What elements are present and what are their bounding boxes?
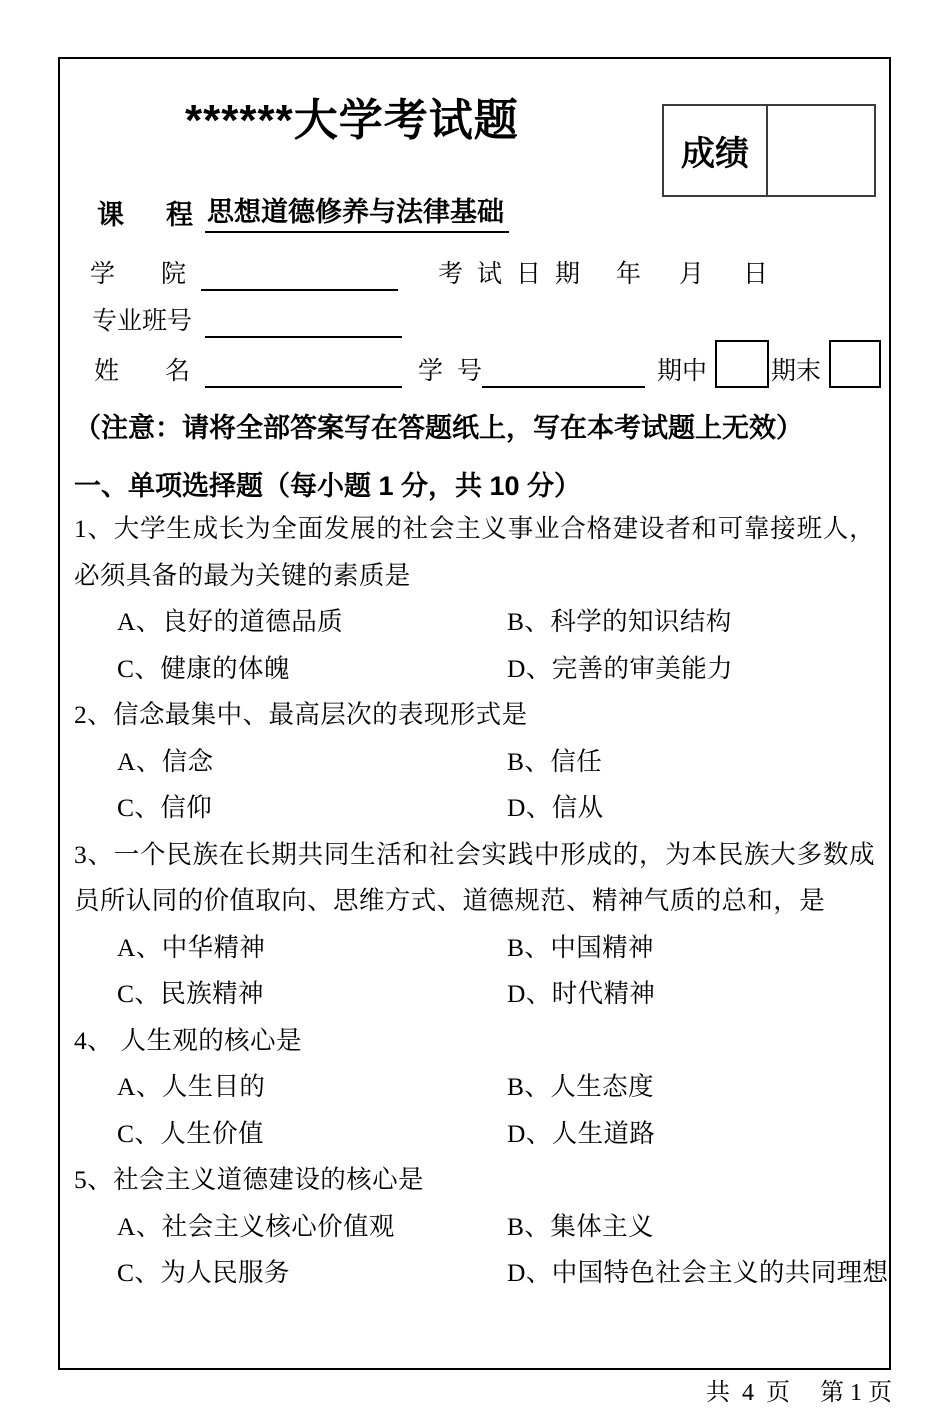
option-letter: D、 xyxy=(507,979,552,1008)
question-number: 2、 xyxy=(74,700,113,729)
options-row: A、中华精神 B、中国精神 xyxy=(74,925,875,972)
option-d: D、中国特色社会主义的共同理想 xyxy=(507,1250,888,1297)
score-box: 成绩 xyxy=(662,104,876,197)
question-text: 4、 人生观的核心是 xyxy=(74,1018,875,1065)
question-body: 社会主义道德建设的核心是 xyxy=(113,1166,424,1194)
option-letter: B、 xyxy=(507,1072,550,1101)
option-letter: D、 xyxy=(507,793,552,822)
option-a: A、信念 xyxy=(117,739,507,786)
option-text: 中华精神 xyxy=(162,934,266,962)
option-b: B、信任 xyxy=(507,739,602,786)
year-label: 年 xyxy=(616,257,641,291)
option-text: 信从 xyxy=(552,794,604,822)
section-title: 一、单项选择题（每小题 1 分，共 10 分） xyxy=(74,466,875,506)
option-text: 信仰 xyxy=(160,794,212,822)
option-letter: C、 xyxy=(117,1119,160,1148)
question-block: 4、 人生观的核心是 A、人生目的 B、人生态度 C、人生价值 D、人生道路 xyxy=(74,1018,875,1158)
college-row: 学院 考试日期 年 月 日 xyxy=(74,247,875,291)
options-row: C、为人民服务 D、中国特色社会主义的共同理想 xyxy=(74,1250,875,1297)
final-checkbox xyxy=(829,340,881,388)
question-body: 一个民族在长期共同生活和社会实践中形成的，为本民族大多数成员所认同的价值取向、思… xyxy=(74,841,875,916)
option-c: C、民族精神 xyxy=(117,971,507,1018)
question-block: 1、大学生成长为全面发展的社会主义事业合格建设者和可靠接班人，必须具备的最为关键… xyxy=(74,506,875,692)
options-row: A、良好的道德品质 B、科学的知识结构 xyxy=(74,599,875,646)
option-text: 中国特色社会主义的共同理想 xyxy=(552,1259,889,1287)
college-blank xyxy=(201,255,398,291)
option-a: A、人生目的 xyxy=(117,1064,507,1111)
final-label: 期末 xyxy=(771,354,821,388)
midterm-checkbox xyxy=(715,340,769,388)
option-c: C、为人民服务 xyxy=(117,1250,507,1297)
score-value-cell xyxy=(768,106,874,195)
option-letter: B、 xyxy=(507,747,550,776)
student-id-blank xyxy=(482,352,645,388)
course-row: 课程 思想道德修养与法律基础 xyxy=(74,191,875,233)
name-row: 姓名 学号 期中 期末 xyxy=(74,340,875,388)
question-block: 2、信念最集中、最高层次的表现形式是 A、信念 B、信任 C、信仰 D、信从 xyxy=(74,692,875,832)
question-text: 5、社会主义道德建设的核心是 xyxy=(74,1157,875,1204)
option-letter: A、 xyxy=(117,607,162,636)
option-b: B、人生态度 xyxy=(507,1064,654,1111)
option-text: 中国精神 xyxy=(550,934,654,962)
exam-paper-page: ******大学考试题 成绩 课程 思想道德修养与法律基础 学院 考试日期 年 … xyxy=(0,0,946,1426)
month-label: 月 xyxy=(679,257,704,291)
question-text: 2、信念最集中、最高层次的表现形式是 xyxy=(74,692,875,739)
question-text: 1、大学生成长为全面发展的社会主义事业合格建设者和可靠接班人，必须具备的最为关键… xyxy=(74,506,875,599)
page-footer: 共 4 页 第 1 页 xyxy=(706,1372,892,1407)
option-letter: C、 xyxy=(117,979,160,1008)
option-c: C、信仰 xyxy=(117,785,507,832)
exam-date-label: 考试日期 xyxy=(438,257,580,291)
option-c: C、健康的体魄 xyxy=(117,646,507,693)
option-letter: C、 xyxy=(117,1258,160,1287)
question-body: 信念最集中、最高层次的表现形式是 xyxy=(113,701,527,729)
option-text: 人生态度 xyxy=(550,1073,654,1101)
option-text: 人生目的 xyxy=(162,1073,266,1101)
options-row: C、信仰 D、信从 xyxy=(74,785,875,832)
option-text: 人生价值 xyxy=(160,1120,264,1148)
footer-current-page: 第 1 页 xyxy=(820,1372,892,1407)
option-d: D、完善的审美能力 xyxy=(507,646,733,693)
options-row: A、社会主义核心价值观 B、集体主义 xyxy=(74,1204,875,1251)
question-number: 3、 xyxy=(74,840,114,869)
option-text: 科学的知识结构 xyxy=(550,608,731,636)
option-b: B、科学的知识结构 xyxy=(507,599,732,646)
option-letter: B、 xyxy=(507,607,550,636)
score-label: 成绩 xyxy=(664,106,768,195)
option-letter: D、 xyxy=(507,1258,552,1287)
footer-total-pages: 共 4 页 xyxy=(706,1372,790,1407)
option-letter: A、 xyxy=(117,747,162,776)
question-body: 大学生成长为全面发展的社会主义事业合格建设者和可靠接班人，必须具备的最为关键的素… xyxy=(74,515,875,590)
class-row: 专业班号 xyxy=(74,294,875,338)
option-a: A、中华精神 xyxy=(117,925,507,972)
question-text: 3、一个民族在长期共同生活和社会实践中形成的，为本民族大多数成员所认同的价值取向… xyxy=(74,832,875,925)
option-letter: A、 xyxy=(117,933,162,962)
midterm-label: 期中 xyxy=(657,354,707,388)
option-d: D、时代精神 xyxy=(507,971,655,1018)
option-text: 信任 xyxy=(550,748,602,776)
options-row: C、民族精神 D、时代精神 xyxy=(74,971,875,1018)
option-text: 信念 xyxy=(162,748,214,776)
options-row: C、人生价值 D、人生道路 xyxy=(74,1111,875,1158)
question-number: 5、 xyxy=(74,1165,113,1194)
page-frame: ******大学考试题 成绩 课程 思想道德修养与法律基础 学院 考试日期 年 … xyxy=(58,57,891,1370)
class-blank xyxy=(205,302,402,338)
option-text: 人生道路 xyxy=(552,1120,656,1148)
question-block: 3、一个民族在长期共同生活和社会实践中形成的，为本民族大多数成员所认同的价值取向… xyxy=(74,832,875,1018)
course-value: 思想道德修养与法律基础 xyxy=(205,194,509,233)
option-text: 完善的审美能力 xyxy=(552,655,733,683)
option-a: A、良好的道德品质 xyxy=(117,599,507,646)
options-row: A、人生目的 B、人生态度 xyxy=(74,1064,875,1111)
college-label: 学院 xyxy=(90,257,186,291)
option-letter: C、 xyxy=(117,793,160,822)
notice-text: （注意：请将全部答案写在答题纸上，写在本考试题上无效） xyxy=(74,408,875,448)
option-letter: D、 xyxy=(507,1119,552,1148)
options-row: A、信念 B、信任 xyxy=(74,739,875,786)
question-block: 5、社会主义道德建设的核心是 A、社会主义核心价值观 B、集体主义 C、为人民服… xyxy=(74,1157,875,1297)
option-c: C、人生价值 xyxy=(117,1111,507,1158)
option-d: D、人生道路 xyxy=(507,1111,655,1158)
option-letter: A、 xyxy=(117,1072,162,1101)
question-number: 1、 xyxy=(74,514,114,543)
option-text: 为人民服务 xyxy=(160,1259,290,1287)
question-number: 4、 xyxy=(74,1026,113,1055)
options-row: C、健康的体魄 D、完善的审美能力 xyxy=(74,646,875,693)
questions-area: 1、大学生成长为全面发展的社会主义事业合格建设者和可靠接班人，必须具备的最为关键… xyxy=(74,506,875,1297)
option-b: B、集体主义 xyxy=(507,1204,654,1251)
name-blank xyxy=(205,352,402,388)
option-letter: B、 xyxy=(507,1212,550,1241)
course-label: 课程 xyxy=(97,197,193,233)
option-letter: A、 xyxy=(117,1212,162,1241)
option-letter: C、 xyxy=(117,654,160,683)
option-b: B、中国精神 xyxy=(507,925,654,972)
class-label: 专业班号 xyxy=(92,304,192,338)
option-letter: D、 xyxy=(507,654,552,683)
option-a: A、社会主义核心价值观 xyxy=(117,1204,507,1251)
option-text: 社会主义核心价值观 xyxy=(162,1213,395,1241)
option-text: 时代精神 xyxy=(552,980,656,1008)
question-body: 人生观的核心是 xyxy=(113,1027,302,1055)
option-letter: B、 xyxy=(507,933,550,962)
option-text: 民族精神 xyxy=(160,980,264,1008)
option-text: 良好的道德品质 xyxy=(162,608,343,636)
option-text: 集体主义 xyxy=(550,1213,654,1241)
name-label: 姓名 xyxy=(94,354,190,388)
student-id-label: 学号 xyxy=(418,354,482,388)
option-d: D、信从 xyxy=(507,785,604,832)
option-text: 健康的体魄 xyxy=(160,655,290,683)
day-label: 日 xyxy=(743,257,768,291)
